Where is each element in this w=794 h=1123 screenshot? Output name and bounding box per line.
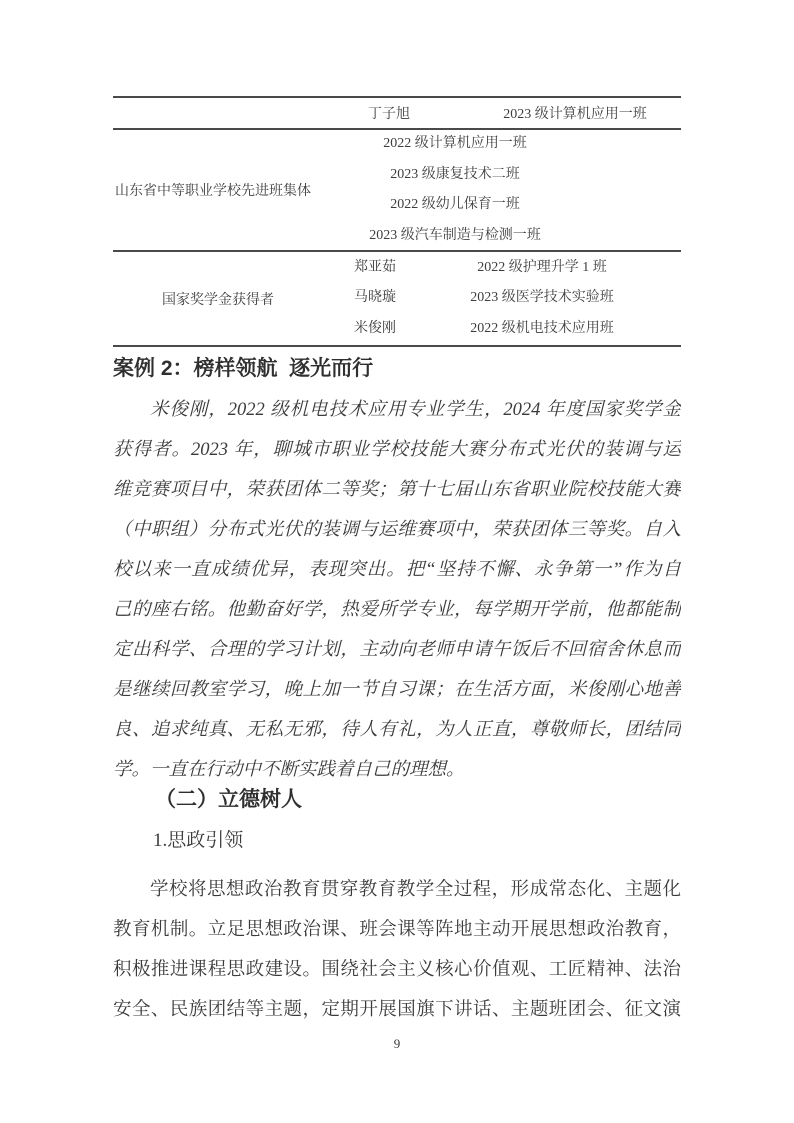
paragraph-line: 教育机制。立足思想政治课、班会课等阵地主动开展思想政治教育， [113,910,681,950]
document-page: 丁子旭 2023 级计算机应用一班 山东省中等职业学校先进班集体 2022 级计… [0,0,794,1123]
section-heading: （二）立德树人 [113,786,681,814]
student-name-cell: 丁子旭 [329,98,449,128]
paragraph-line: 定出科学、合理的学习计划，主动向老师申请午饭后不回宿舍休息而 [113,630,681,670]
paragraph-line: 良、追求纯真、无私无邪，待人有礼，为人正直，尊敬师长，团结同 [113,710,681,750]
paragraph-line: 学。一直在行动中不断实践着自己的理想。 [113,750,681,790]
class-list-cell: 2022 级护理升学 1 班 2023 级医学技术实验班 2022 级机电技术应… [427,252,657,345]
class-line: 2023 级医学技术实验班 [470,283,614,314]
student-name-line: 郑亚茹 [354,253,396,284]
class-line: 2022 级计算机应用一班 [383,129,527,160]
paragraph-line: 安全、民族团结等主题，定期开展国旗下讲话、主题班团会、征文演 [113,990,681,1030]
paragraph-line: 是继续回教室学习，晚上加一节自习课；在生活方面，米俊刚心地善 [113,670,681,710]
table-row-national-scholarship: 国家奖学金获得者 郑亚茹 马晓璇 米俊刚 2022 级护理升学 1 班 2023… [113,252,681,345]
paragraph-line: 积极推进课程思政建设。围绕社会主义核心价值观、工匠精神、法治 [113,950,681,990]
case-paragraph: 米俊刚，2022 级机电技术应用专业学生，2024 年度国家奖学金 获得者。20… [113,390,681,790]
class-line: 2022 级机电技术应用班 [470,314,614,345]
student-name-list-cell: 郑亚茹 马晓璇 米俊刚 [323,252,427,345]
award-name-cell: 国家奖学金获得者 [113,252,323,345]
student-name-line: 马晓璇 [354,283,396,314]
class-list-cell: 2022 级计算机应用一班 2023 级康复技术二班 2022 级幼儿保育一班 … [303,130,607,250]
table-row-advanced-class-collective: 山东省中等职业学校先进班集体 2022 级计算机应用一班 2023 级康复技术二… [113,130,681,252]
class-cell: 2023 级计算机应用一班 [469,98,681,128]
paragraph-line: 米俊刚，2022 级机电技术应用专业学生，2024 年度国家奖学金 [113,390,681,430]
paragraph-line: 学校将思想政治教育贯穿教育教学全过程，形成常态化、主题化 [113,870,681,910]
paragraph-line: 获得者。2023 年，聊城市职业学校技能大赛分布式光伏的装调与运 [113,430,681,470]
class-line: 2022 级护理升学 1 班 [477,253,607,284]
page-number: 9 [0,1036,794,1052]
subsection-heading: 1.思政引领 [113,828,681,854]
case-heading: 案例 2：榜样领航 逐光而行 [113,354,681,384]
class-line: 2023 级汽车制造与检测一班 [369,221,541,252]
shizheng-paragraph: 学校将思想政治教育贯穿教育教学全过程，形成常态化、主题化 教育机制。立足思想政治… [113,870,681,1030]
table-row-dingzixu: 丁子旭 2023 级计算机应用一班 [113,98,681,130]
awards-table: 丁子旭 2023 级计算机应用一班 山东省中等职业学校先进班集体 2022 级计… [113,96,681,347]
paragraph-line: 校以来一直成绩优异，表现突出。把“坚持不懈、永争第一”作为自 [113,550,681,590]
paragraph-line: 己的座右铭。他勤奋好学，热爱所学专业，每学期开学前，他都能制 [113,590,681,630]
award-name-cell: 山东省中等职业学校先进班集体 [113,130,313,250]
class-line: 2022 级幼儿保育一班 [390,190,520,221]
paragraph-line: （中职组）分布式光伏的装调与运维赛项中，荣获团体三等奖。自入 [113,510,681,550]
student-name-line: 米俊刚 [354,314,396,345]
paragraph-line: 维竞赛项目中，荣获团体二等奖；第十七届山东省职业院校技能大赛 [113,470,681,510]
class-line: 2023 级康复技术二班 [390,160,520,191]
